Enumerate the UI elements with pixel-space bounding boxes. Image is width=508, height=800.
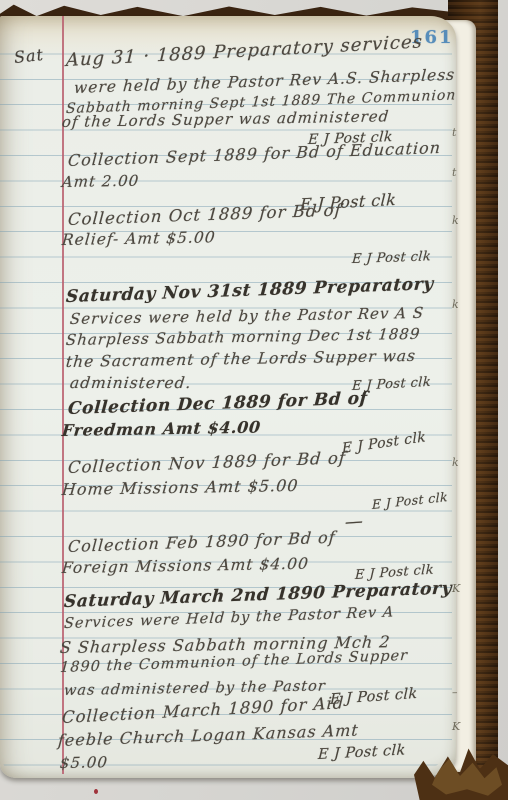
edge-mark: K	[452, 720, 460, 733]
edge-mark: k	[452, 456, 459, 469]
clerk-signature: —	[345, 511, 364, 533]
edge-mark: K	[452, 582, 460, 595]
edge-mark: k	[452, 214, 459, 227]
margin-note-day: Sat	[13, 45, 45, 67]
handwritten-line: Amt 2.00	[61, 172, 140, 191]
photo-of-ledger: 161 Sat Aug 31 · 1889 Preparatory servic…	[0, 0, 508, 800]
edge-mark: t	[452, 126, 456, 139]
edge-mark: t	[452, 166, 456, 179]
edge-mark: k	[452, 298, 459, 311]
handwritten-line: administered.	[69, 374, 192, 392]
edge-mark: –	[452, 686, 458, 699]
red-ink-dot	[94, 789, 98, 794]
handwritten-line: Freedman Amt $4.00	[61, 418, 261, 441]
clerk-signature: E J Post clk	[351, 249, 431, 267]
handwritten-line: $5.00	[59, 753, 109, 772]
handwritten-line: Relief- Amt $5.00	[61, 228, 216, 249]
